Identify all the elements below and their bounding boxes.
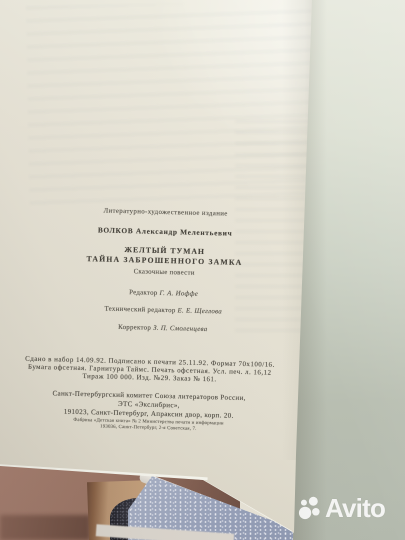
proofreader-role: Корректор (118, 323, 151, 331)
avito-wordmark: Avito (325, 495, 385, 521)
tech-editor-name: Е. Е. Щеглова (177, 307, 222, 315)
imprint-block: Литературно-художественное издание ВОЛКО… (5, 205, 320, 435)
editor-role: Редактор (129, 289, 158, 297)
proofreader-line: КорректорЗ. П. Смоленцева (8, 321, 318, 336)
floor-shadow (0, 515, 90, 540)
proofreader-name: З. П. Смоленцева (153, 324, 208, 332)
tech-editor-line: Технический редакторЕ. Е. Щеглова (8, 303, 318, 318)
avito-watermark: Avito (298, 495, 385, 521)
imprint-lower-block: Сдано в набор 14.09.92. Подписано к печа… (0, 354, 317, 435)
author-name: ВОЛКОВ Александр Мелентьевич (10, 224, 320, 239)
book-photo: Литературно-художественное издание ВОЛКО… (0, 0, 405, 540)
editor-line: РедакторГ. А. Иоффе (9, 286, 319, 301)
tech-editor-role: Технический редактор (104, 305, 175, 314)
avito-logo-icon (298, 496, 322, 520)
editor-name: Г. А. Иоффе (159, 289, 198, 297)
showthrough-text-ghost (26, 2, 314, 207)
edition-note: Литературно-художественное издание (11, 205, 321, 220)
